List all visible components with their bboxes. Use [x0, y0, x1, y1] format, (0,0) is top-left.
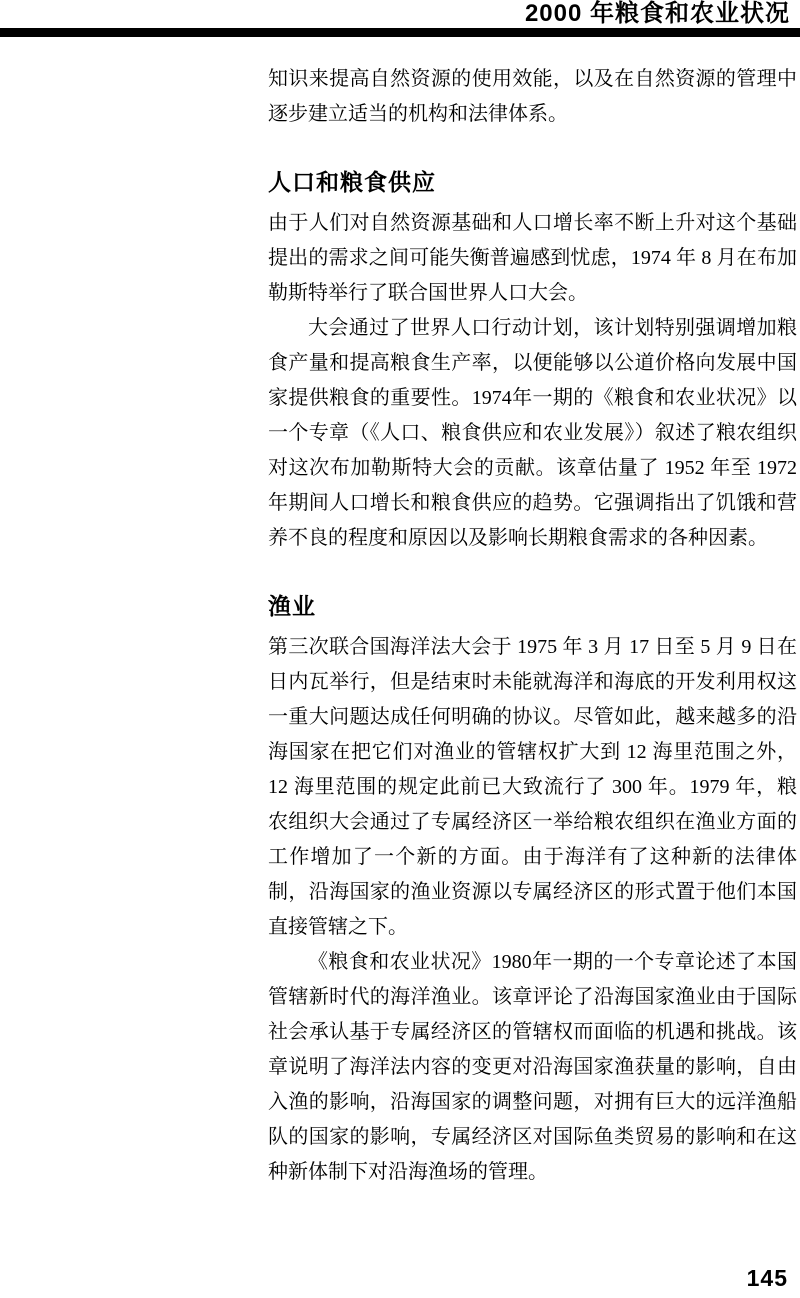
paragraph-intro-continuation: 知识来提高自然资源的使用效能，以及在自然资源的管理中逐步建立适当的机构和法律体系… [268, 62, 797, 132]
page-number: 145 [747, 1265, 788, 1292]
paragraph-population-2: 大会通过了世界人口行动计划，该计划特别强调增加粮食产量和提高粮食生产率，以便能够… [268, 311, 797, 556]
text-column: 知识来提高自然资源的使用效能，以及在自然资源的管理中逐步建立适当的机构和法律体系… [268, 62, 797, 1190]
running-header-title: 2000 年粮食和农业状况 [525, 1, 790, 27]
section-heading-fisheries: 渔业 [268, 592, 797, 620]
paragraph-fisheries-1: 第三次联合国海洋法大会于 1975 年 3 月 17 日至 5 月 9 日在日内… [268, 630, 797, 945]
paragraph-fisheries-2: 《粮食和农业状况》1980年一期的一个专章论述了本国管辖新时代的海洋渔业。该章评… [268, 945, 797, 1190]
section-heading-population-food-supply: 人口和粮食供应 [268, 168, 797, 196]
paragraph-population-1: 由于人们对自然资源基础和人口增长率不断上升对这个基础提出的需求之间可能失衡普遍感… [268, 206, 797, 311]
book-page: 2000 年粮食和农业状况 知识来提高自然资源的使用效能，以及在自然资源的管理中… [0, 0, 800, 1298]
header-rule [0, 28, 800, 37]
